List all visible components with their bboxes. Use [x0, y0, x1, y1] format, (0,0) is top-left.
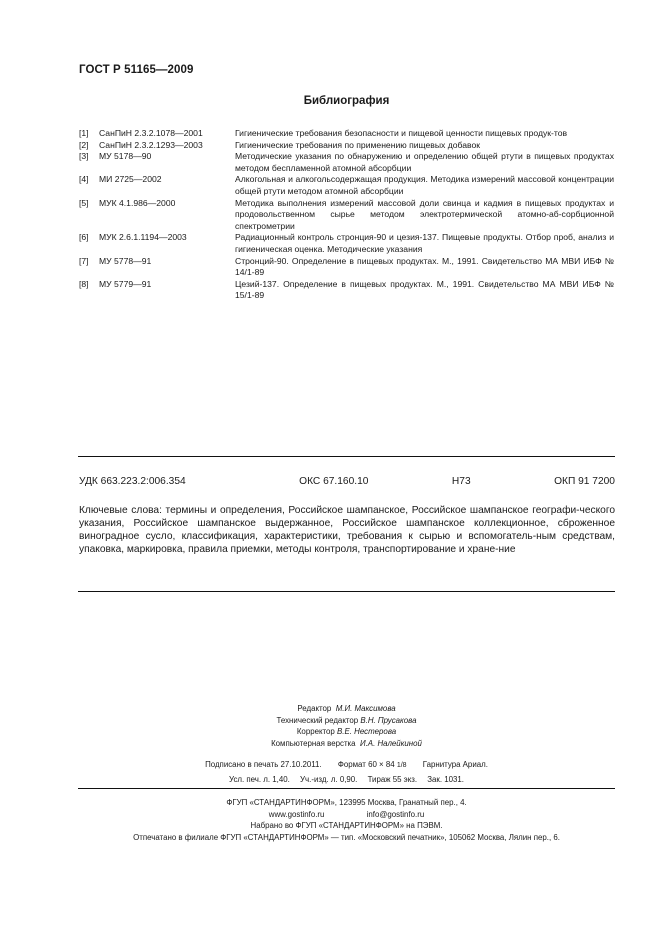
email-link[interactable]: info@gostinfo.ru [367, 810, 425, 819]
print-run: Тираж 55 экз. [368, 775, 417, 784]
item-number: [1] [79, 128, 99, 140]
item-number: [4] [79, 174, 99, 197]
item-text: Цезий-137. Определение в пищевых продукт… [235, 279, 614, 302]
order-number: Зак. 1031. [427, 775, 464, 784]
bibliography-item: [3] МУ 5178—90 Методические указания по … [79, 151, 614, 174]
bibliography-item: [7] МУ 5778—91 Стронций-90. Определение … [79, 256, 614, 279]
okp-code: ОКП 91 7200 [554, 476, 615, 487]
print-info: Подписано в печать 27.10.2011. Формат 60… [0, 758, 661, 787]
credit-name: В.Н. Прусакова [360, 716, 416, 725]
item-text: Методические указания по обнаружению и о… [235, 151, 614, 174]
credit-name: М.И. Максимова [336, 704, 396, 713]
print-sheets: Усл. печ. л. 1,40. [229, 775, 290, 784]
bibliography-title: Библиография [0, 95, 661, 107]
print-line-2: Усл. печ. л. 1,40. Уч.-изд. л. 0,90. Тир… [32, 773, 661, 787]
item-text: Гигиенические требования по применению п… [235, 140, 614, 152]
credit-line: Корректор В.Е. Нестерова [32, 726, 661, 738]
bibliography-item: [4] МИ 2725—2002 Алкогольная и алкогольс… [79, 174, 614, 197]
item-code: МУ 5178—90 [99, 151, 235, 174]
udk-code: УДК 663.223.2:006.354 [79, 476, 186, 487]
credit-line: Технический редактор В.Н. Прусакова [32, 715, 661, 727]
typeset-note: Набрано во ФГУП «СТАНДАРТИНФОРМ» на ПЭВМ… [32, 820, 661, 832]
credit-role: Корректор [297, 727, 335, 736]
printed-note: Отпечатано в филиале ФГУП «СТАНДАРТИНФОР… [32, 832, 661, 844]
bibliography-list: [1] СанПиН 2.3.2.1078—2001 Гигиенические… [79, 128, 614, 302]
item-number: [6] [79, 232, 99, 255]
bibliography-item: [1] СанПиН 2.3.2.1078—2001 Гигиенические… [79, 128, 614, 140]
keywords-paragraph: Ключевые слова: термины и определения, Р… [79, 504, 615, 556]
item-code: МУ 5778—91 [99, 256, 235, 279]
bibliography-item: [2] СанПиН 2.3.2.1293—2003 Гигиенические… [79, 140, 614, 152]
credit-name: И.А. Налейкиной [360, 739, 422, 748]
oks-code: ОКС 67.160.10 [299, 476, 368, 487]
format-fraction: 1/8 [397, 762, 407, 769]
credit-name: В.Е. Нестерова [337, 727, 396, 736]
item-number: [2] [79, 140, 99, 152]
classification-codes: УДК 663.223.2:006.354 ОКС 67.160.10 Н73 … [79, 476, 615, 487]
item-number: [8] [79, 279, 99, 302]
website-link[interactable]: www.gostinfo.ru [269, 810, 325, 819]
item-text: Радиационный контроль стронция-90 и цези… [235, 232, 614, 255]
standard-number: ГОСТ Р 51165—2009 [79, 64, 194, 76]
item-code: СанПиН 2.3.2.1078—2001 [99, 128, 235, 140]
item-text: Стронций-90. Определение в пищевых проду… [235, 256, 614, 279]
item-code: МУК 4.1.986—2000 [99, 198, 235, 233]
group-code: Н73 [452, 476, 471, 487]
credit-line: Редактор М.И. Максимова [32, 703, 661, 715]
bibliography-item: [8] МУ 5779—91 Цезий-137. Определение в … [79, 279, 614, 302]
signed-date: Подписано в печать 27.10.2011. [205, 760, 322, 769]
divider-line [78, 788, 615, 789]
credits-block: Редактор М.И. Максимова Технический реда… [0, 703, 661, 749]
publisher-contacts: www.gostinfo.ru info@gostinfo.ru [32, 809, 661, 821]
divider-line [78, 456, 615, 457]
credit-role: Редактор [297, 704, 331, 713]
publishing-sheets: Уч.-изд. л. 0,90. [300, 775, 357, 784]
item-text: Методика выполнения измерений массовой д… [235, 198, 614, 233]
item-code: СанПиН 2.3.2.1293—2003 [99, 140, 235, 152]
credit-role: Технический редактор [277, 716, 359, 725]
divider-line [78, 591, 615, 592]
publisher-address: ФГУП «СТАНДАРТИНФОРМ», 123995 Москва, Гр… [32, 797, 661, 809]
item-code: МУ 5779—91 [99, 279, 235, 302]
bibliography-item: [5] МУК 4.1.986—2000 Методика выполнения… [79, 198, 614, 233]
typeface: Гарнитура Ариал. [423, 760, 488, 769]
item-code: МУК 2.6.1.1194—2003 [99, 232, 235, 255]
bibliography-item: [6] МУК 2.6.1.1194—2003 Радиационный кон… [79, 232, 614, 255]
print-line-1: Подписано в печать 27.10.2011. Формат 60… [32, 758, 661, 773]
item-number: [5] [79, 198, 99, 233]
item-number: [7] [79, 256, 99, 279]
publisher-block: ФГУП «СТАНДАРТИНФОРМ», 123995 Москва, Гр… [0, 797, 661, 843]
item-text: Гигиенические требования безопасности и … [235, 128, 614, 140]
paper-format: Формат 60 × 84 [338, 760, 395, 769]
item-text: Алкогольная и алкогольсодержащая продукц… [235, 174, 614, 197]
item-code: МИ 2725—2002 [99, 174, 235, 197]
credit-line: Компьютерная верстка И.А. Налейкиной [32, 738, 661, 750]
item-number: [3] [79, 151, 99, 174]
credit-role: Компьютерная верстка [271, 739, 356, 748]
